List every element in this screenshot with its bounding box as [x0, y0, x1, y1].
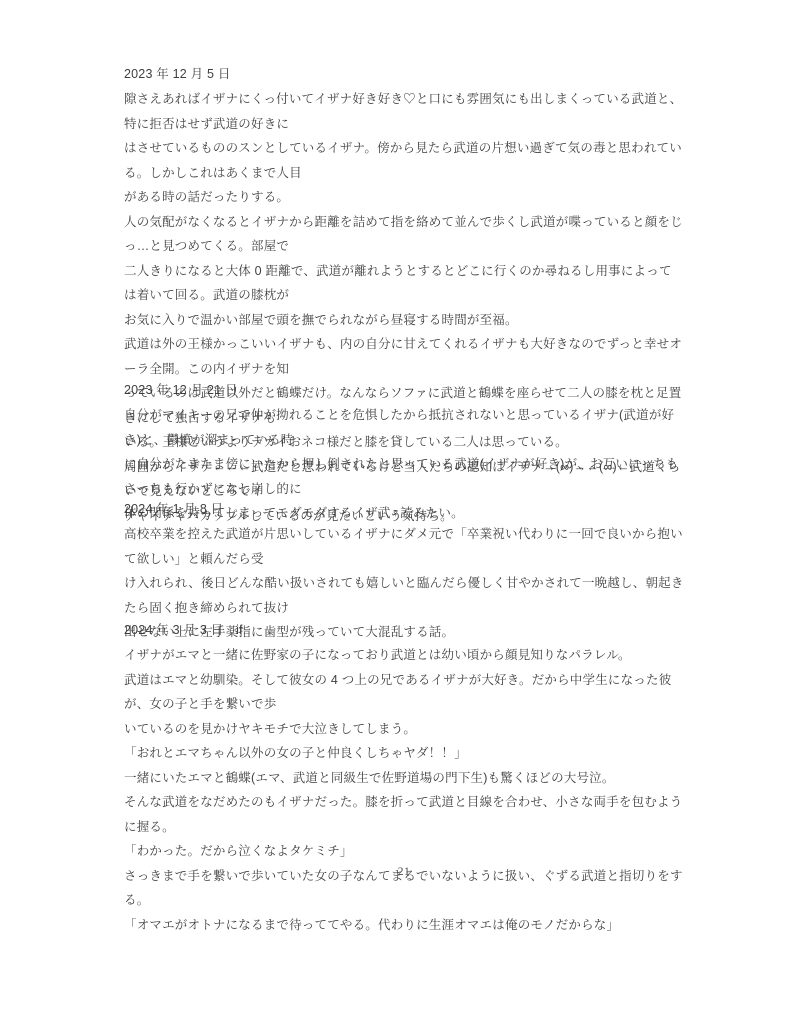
text-line: に自分がたまたま傍にいたから押し倒されたと思っている武道(イザナが好き)が、お互…: [124, 452, 684, 501]
text-line: 「おれとエマちゃん以外の女の子と仲良くしちゃヤダ！！」: [124, 741, 684, 766]
text-line: イザナがエマと一緒に佐野家の子になっており武道とは幼い頃から顔見知りなパラレル。: [124, 643, 684, 668]
text-line: がある時の話だったりする。: [124, 185, 684, 210]
text-line: 隙さえあればイザナにくっ付いてイザナ好き好き♡と口にも雰囲気にも出しまくっている…: [124, 87, 684, 136]
page-number: 21: [124, 866, 684, 878]
date-heading: 2024 年 1 月 8 日: [124, 497, 684, 522]
text-line: 武道は外の王様かっこいいイザナも、内の自分に甘えてくれるイザナも大好きなのでずっ…: [124, 332, 684, 381]
text-line: 高校卒業を控えた武道が片思いしているイザナにダメ元で「卒業祝い代わりに一回で良い…: [124, 522, 684, 571]
text-line: 「オマエがオトナになるまで待っててやる。代わりに生涯オマエは俺のモノだからな」: [124, 913, 684, 938]
text-line: 自分がマイキーの兄で仲が拗れることを危惧したから抵抗されないと思っているイザナ(…: [124, 403, 684, 452]
text-line: 武道はエマと幼馴染。そして彼女の 4 つ上の兄であるイザナが大好き。だから中学生…: [124, 668, 684, 717]
date-heading: 2023 年 12 月 5 日: [124, 62, 684, 87]
document-page: 2023 年 12 月 5 日 隙さえあればイザナにくっ付いてイザナ好き好き♡と…: [0, 0, 792, 1024]
text-line: いているのを見かけヤキモチで大泣きしてしまう。: [124, 717, 684, 742]
text-line: 二人きりになると大体 0 距離で、武道が離れようとするとどこに行くのか尋ねるし用…: [124, 259, 684, 308]
diary-entry-4: 2024 年 3 月 3 日 if イザナがエマと一緒に佐野家の子になっており武…: [124, 618, 684, 937]
text-line: そんな武道をなだめたのもイザナだった。膝を折って武道と目線を合わせ、小さな両手を…: [124, 790, 684, 839]
text-line: はさせているもののスンとしているイザナ。傍から見たら武道の片想い過ぎて気の毒と思…: [124, 136, 684, 185]
date-heading: 2024 年 3 月 3 日 if: [124, 618, 684, 643]
text-line: お気に入りで温かい部屋で頭を撫でられながら昼寝する時間が至福。: [124, 308, 684, 333]
text-line: け入れられ、後日どんな酷い扱いされても嬉しいと臨んだら優しく甘やかされて一晩越し…: [124, 571, 684, 620]
text-line: 「わかった。だから泣くなよタケミチ」: [124, 839, 684, 864]
text-line: 人の気配がなくなるとイザナから距離を詰めて指を絡めて並んで歩くし武道が喋っている…: [124, 210, 684, 259]
text-line: 一緒にいたエマと鶴蝶(エマ、武道と同級生で佐野道場の門下生)も驚くほどの大号泣。: [124, 766, 684, 791]
date-heading: 2023 年 12 月 21 日: [124, 378, 684, 403]
